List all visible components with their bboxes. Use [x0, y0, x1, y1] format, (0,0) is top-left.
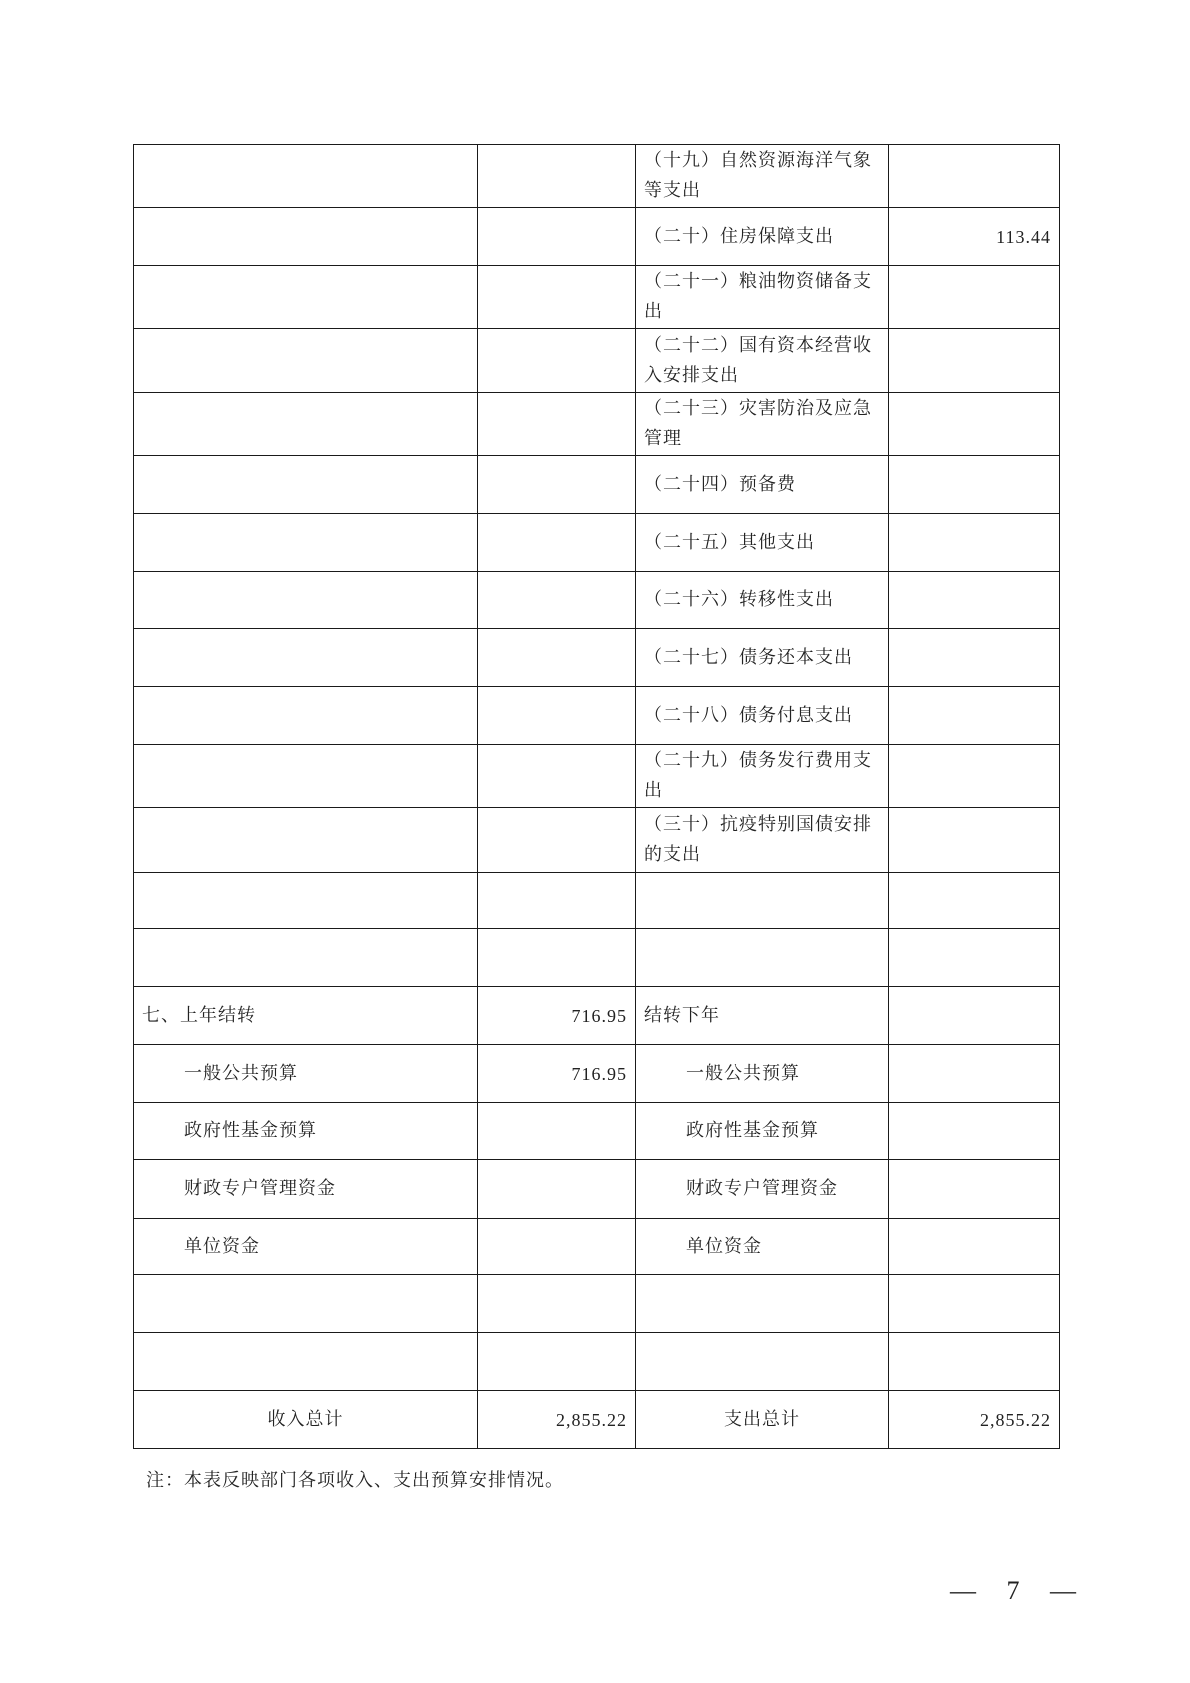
expense-amount-cell: [889, 987, 1060, 1045]
expense-amount-cell: [889, 1219, 1060, 1275]
income-amount-cell: [478, 873, 636, 929]
expense-item-cell: [636, 1275, 889, 1333]
income-item-cell: 财政专户管理资金: [134, 1160, 478, 1219]
expense-item-cell: （二十）住房保障支出: [636, 208, 889, 266]
table-row: [134, 929, 1060, 987]
income-total-label: 收入总计: [134, 1391, 478, 1449]
income-amount-cell: [478, 456, 636, 514]
expense-total-amount: 2,855.22: [889, 1391, 1060, 1449]
income-item-cell: [134, 456, 478, 514]
expense-item-cell: （二十二）国有资本经营收入安排支出: [636, 329, 889, 393]
expense-amount-cell: [889, 393, 1060, 456]
table-row: 一般公共预算716.95一般公共预算: [134, 1045, 1060, 1103]
income-amount-cell: 716.95: [478, 987, 636, 1045]
income-amount-cell: [478, 1160, 636, 1219]
table-row: （三十）抗疫特别国债安排的支出: [134, 808, 1060, 873]
expense-amount-cell: [889, 629, 1060, 687]
expense-amount-cell: [889, 266, 1060, 329]
income-item-cell: 政府性基金预算: [134, 1103, 478, 1160]
expense-item-cell: [636, 1333, 889, 1391]
income-item-cell: [134, 514, 478, 572]
expense-item-cell: 结转下年: [636, 987, 889, 1045]
table-row: （二十四）预备费: [134, 456, 1060, 514]
expense-amount-cell: [889, 145, 1060, 208]
table-row: [134, 1333, 1060, 1391]
income-total-amount: 2,855.22: [478, 1391, 636, 1449]
income-item-cell: [134, 329, 478, 393]
expense-item-cell: （二十四）预备费: [636, 456, 889, 514]
income-amount-cell: [478, 145, 636, 208]
income-amount-cell: [478, 1219, 636, 1275]
expense-amount-cell: [889, 1103, 1060, 1160]
expense-amount-cell: [889, 1275, 1060, 1333]
expense-item-cell: 一般公共预算: [636, 1045, 889, 1103]
expense-item-cell: （二十八）债务付息支出: [636, 687, 889, 745]
income-item-cell: [134, 687, 478, 745]
income-amount-cell: [478, 629, 636, 687]
table-row: （二十）住房保障支出113.44: [134, 208, 1060, 266]
expense-item-cell: （二十七）债务还本支出: [636, 629, 889, 687]
income-item-cell: [134, 393, 478, 456]
income-item-cell: [134, 629, 478, 687]
table-row: （二十九）债务发行费用支出: [134, 745, 1060, 808]
income-amount-cell: [478, 208, 636, 266]
total-row: 收入总计2,855.22支出总计2,855.22: [134, 1391, 1060, 1449]
income-item-cell: 七、上年结转: [134, 987, 478, 1045]
table-row: 七、上年结转716.95结转下年: [134, 987, 1060, 1045]
table-row: 财政专户管理资金财政专户管理资金: [134, 1160, 1060, 1219]
expense-amount-cell: [889, 1160, 1060, 1219]
income-amount-cell: [478, 687, 636, 745]
page-number: — 7 —: [950, 1576, 1088, 1606]
income-amount-cell: [478, 929, 636, 987]
budget-table-body: （十九）自然资源海洋气象等支出（二十）住房保障支出113.44（二十一）粮油物资…: [134, 145, 1060, 1449]
expense-item-cell: （二十六）转移性支出: [636, 572, 889, 629]
table-row: 单位资金单位资金: [134, 1219, 1060, 1275]
income-item-cell: [134, 745, 478, 808]
expense-amount-cell: [889, 1045, 1060, 1103]
table-row: （十九）自然资源海洋气象等支出: [134, 145, 1060, 208]
income-item-cell: 一般公共预算: [134, 1045, 478, 1103]
income-item-cell: [134, 873, 478, 929]
expense-item-cell: （三十）抗疫特别国债安排的支出: [636, 808, 889, 873]
income-item-cell: [134, 266, 478, 329]
income-amount-cell: [478, 266, 636, 329]
income-amount-cell: [478, 808, 636, 873]
table-row: （二十八）债务付息支出: [134, 687, 1060, 745]
expense-amount-cell: [889, 1333, 1060, 1391]
document-page: （十九）自然资源海洋气象等支出（二十）住房保障支出113.44（二十一）粮油物资…: [0, 0, 1190, 1683]
income-item-cell: [134, 929, 478, 987]
expense-item-cell: （二十三）灾害防治及应急管理: [636, 393, 889, 456]
expense-amount-cell: [889, 514, 1060, 572]
table-row: [134, 873, 1060, 929]
income-item-cell: [134, 572, 478, 629]
expense-item-cell: 财政专户管理资金: [636, 1160, 889, 1219]
income-amount-cell: 716.95: [478, 1045, 636, 1103]
expense-amount-cell: [889, 687, 1060, 745]
table-row: （二十六）转移性支出: [134, 572, 1060, 629]
income-item-cell: [134, 208, 478, 266]
income-item-cell: [134, 808, 478, 873]
income-amount-cell: [478, 514, 636, 572]
income-item-cell: 单位资金: [134, 1219, 478, 1275]
expense-item-cell: （二十一）粮油物资储备支出: [636, 266, 889, 329]
income-item-cell: [134, 145, 478, 208]
table-row: （二十七）债务还本支出: [134, 629, 1060, 687]
expense-item-cell: 单位资金: [636, 1219, 889, 1275]
income-amount-cell: [478, 393, 636, 456]
expense-item-cell: （十九）自然资源海洋气象等支出: [636, 145, 889, 208]
expense-amount-cell: [889, 873, 1060, 929]
income-amount-cell: [478, 329, 636, 393]
income-amount-cell: [478, 1103, 636, 1160]
expense-item-cell: （二十九）债务发行费用支出: [636, 745, 889, 808]
income-amount-cell: [478, 1275, 636, 1333]
table-row: （二十二）国有资本经营收入安排支出: [134, 329, 1060, 393]
income-amount-cell: [478, 1333, 636, 1391]
budget-table: （十九）自然资源海洋气象等支出（二十）住房保障支出113.44（二十一）粮油物资…: [133, 144, 1060, 1449]
table-row: （二十五）其他支出: [134, 514, 1060, 572]
income-amount-cell: [478, 745, 636, 808]
expense-item-cell: [636, 873, 889, 929]
table-row: 政府性基金预算政府性基金预算: [134, 1103, 1060, 1160]
expense-amount-cell: [889, 329, 1060, 393]
expense-amount-cell: [889, 808, 1060, 873]
income-item-cell: [134, 1275, 478, 1333]
expense-item-cell: [636, 929, 889, 987]
expense-amount-cell: [889, 929, 1060, 987]
expense-amount-cell: [889, 572, 1060, 629]
expense-item-cell: 政府性基金预算: [636, 1103, 889, 1160]
table-note: 注：本表反映部门各项收入、支出预算安排情况。: [146, 1466, 564, 1492]
table-row: （二十三）灾害防治及应急管理: [134, 393, 1060, 456]
table-row: [134, 1275, 1060, 1333]
expense-item-cell: （二十五）其他支出: [636, 514, 889, 572]
income-amount-cell: [478, 572, 636, 629]
expense-amount-cell: [889, 745, 1060, 808]
expense-amount-cell: [889, 456, 1060, 514]
expense-amount-cell: 113.44: [889, 208, 1060, 266]
income-item-cell: [134, 1333, 478, 1391]
table-row: （二十一）粮油物资储备支出: [134, 266, 1060, 329]
expense-total-label: 支出总计: [636, 1391, 889, 1449]
